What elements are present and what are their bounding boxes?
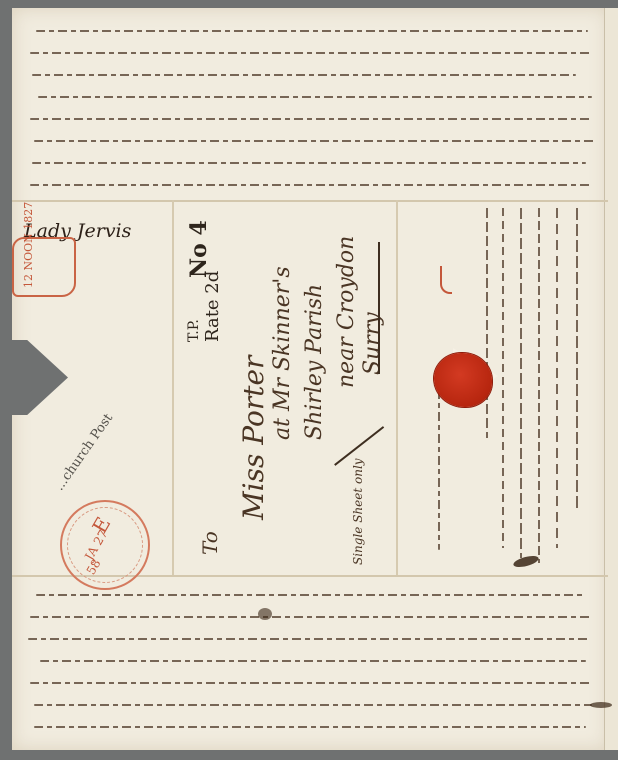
- address-county: Surry: [362, 312, 384, 375]
- address-parish: Shirley Parish: [304, 284, 326, 440]
- fold-line-left: [172, 200, 174, 575]
- fold-line-right: [396, 200, 398, 575]
- fold-line-top: [12, 200, 608, 202]
- address-underline: [378, 242, 380, 374]
- handwriting-bottom-block: [26, 582, 596, 742]
- ink-blot: [590, 702, 612, 708]
- address-recipient: Miss Porter: [240, 356, 268, 520]
- red-framed-postmark-text: 12 NOON 1827: [22, 202, 35, 288]
- address-town: near Croydon: [336, 236, 358, 388]
- rate-stamp-line2: Rate 2d: [202, 271, 223, 342]
- number-stamp: No 4: [186, 220, 212, 278]
- address-care-of: at Mr Skinner's: [272, 266, 294, 440]
- red-ink-mark: [440, 266, 452, 294]
- handwriting-right-panel-lines: [480, 208, 600, 568]
- single-sheet-note: Single Sheet only: [352, 458, 364, 565]
- address-line-to: To: [200, 531, 220, 555]
- ink-blot: [258, 608, 272, 620]
- handwriting-top-block: [26, 18, 596, 198]
- rate-stamp-line1: T.P.: [186, 319, 202, 342]
- red-circle-postmark: [60, 500, 150, 590]
- wax-seal: [434, 353, 492, 407]
- sheet-right-edge: [604, 8, 618, 750]
